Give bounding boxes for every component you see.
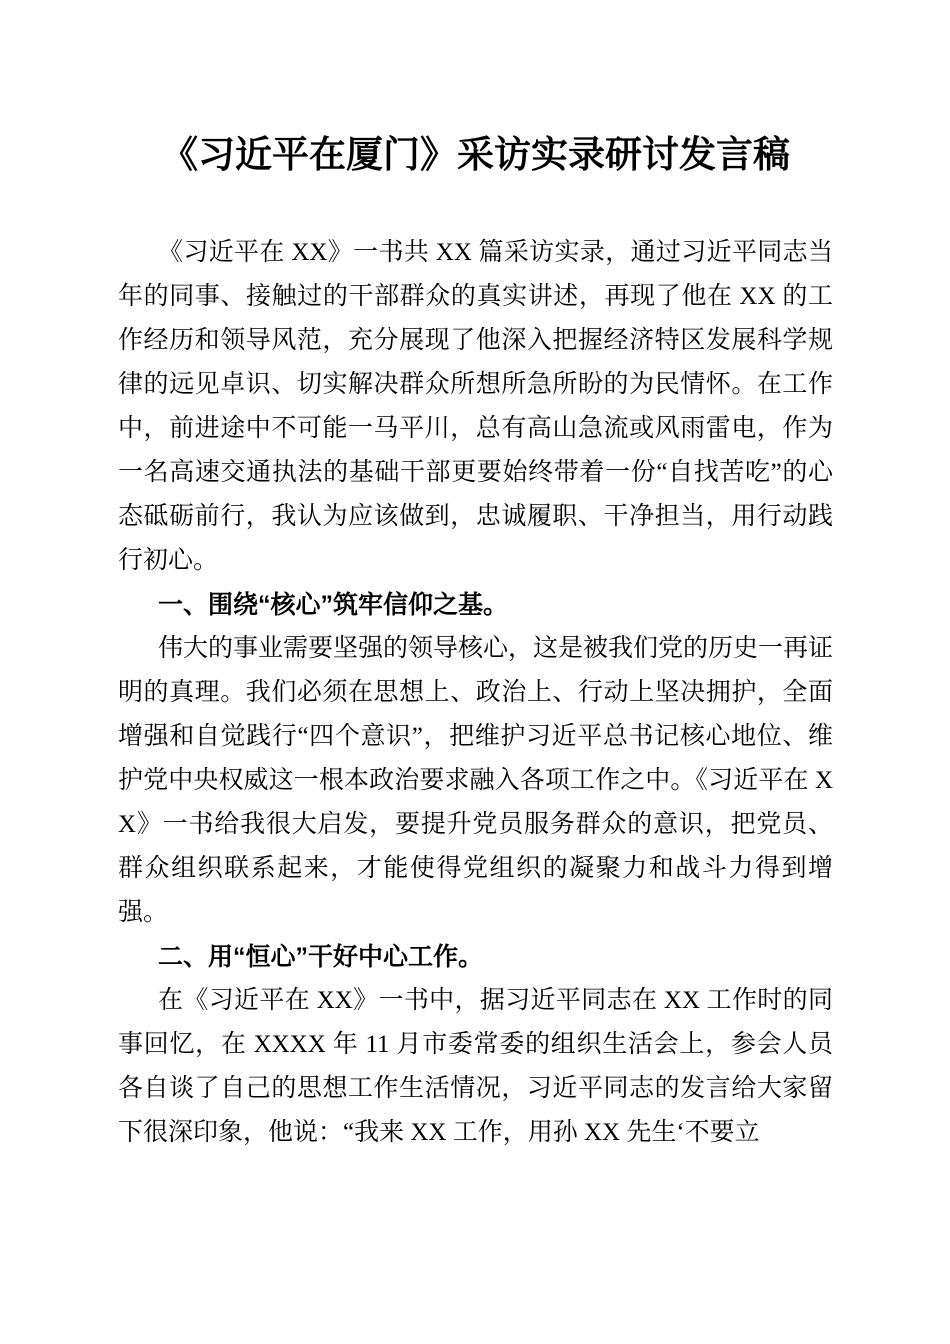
section-heading-1: 一、围绕“核心”筑牢信仰之基。 <box>118 583 833 627</box>
paragraph-section-2: 在《习近平在 XX》一书中，据习近平同志在 XX 工作时的同事回忆，在 XXXX… <box>118 979 833 1155</box>
document-title: 《习近平在厦门》采访实录研讨发言稿 <box>118 130 833 182</box>
paragraph-intro: 《习近平在 XX》一书共 XX 篇采访实录，通过习近平同志当年的同事、接触过的干… <box>118 231 833 583</box>
paragraph-section-1: 伟大的事业需要坚强的领导核心，这是被我们党的历史一再证明的真理。我们必须在思想上… <box>118 627 833 935</box>
document-page: 《习近平在厦门》采访实录研讨发言稿 《习近平在 XX》一书共 XX 篇采访实录，… <box>0 0 950 1344</box>
section-heading-2: 二、用“恒心”干好中心工作。 <box>118 935 833 979</box>
